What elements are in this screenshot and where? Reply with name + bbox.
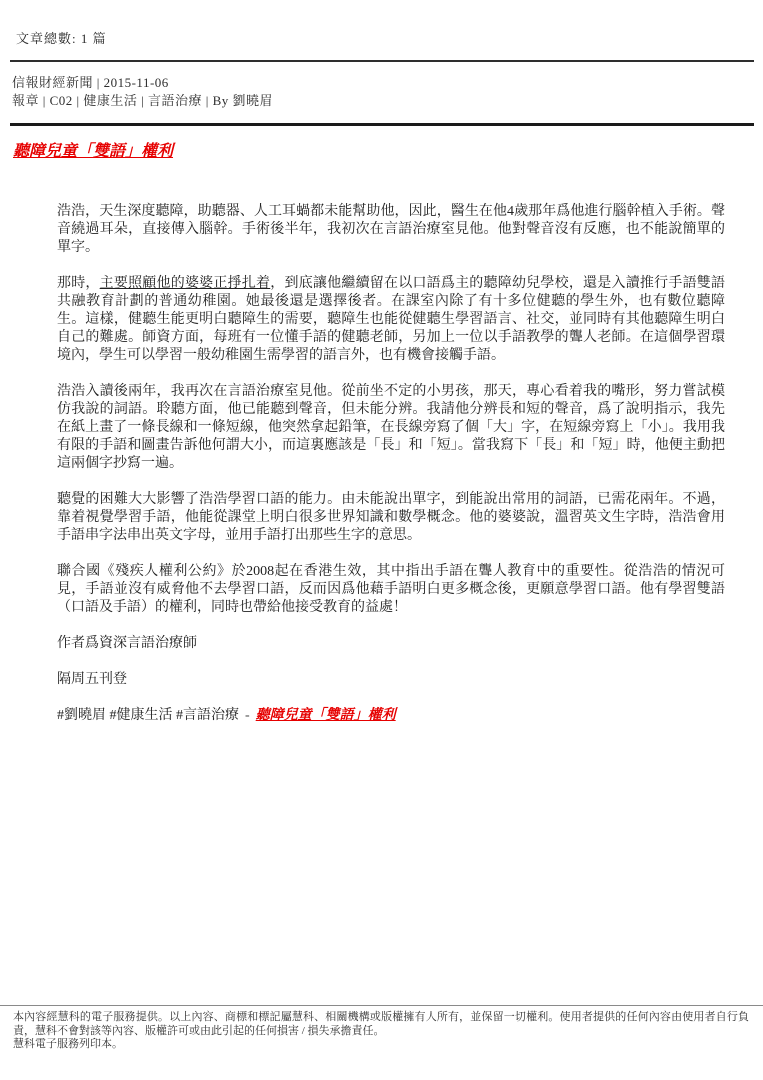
paragraph-4: 聽覺的困難大大影響了浩浩學習口語的能力。由未能說出單字，到能說出常用的詞語，已需… [57,491,725,545]
footer-disclaimer: 本內容經慧科的電子服務提供。以上內容、商標和標記屬慧科、相關機構或版權擁有人所有… [0,1005,763,1052]
top-divider [10,60,754,62]
article-body: 浩浩，天生深度聽障，助聽器、人工耳蝸都未能幫助他，因此，醫生在他4歲那年爲他進行… [57,203,725,725]
hashtags: #劉曉眉 #健康生活 #言語治療 [57,708,239,723]
header-divider [10,123,754,126]
paragraph-3: 浩浩入讀後兩年，我再次在言語治療室見他。從前坐不定的小男孩，那天，專心看着我的嘴… [57,383,725,473]
paragraph-5: 聯合國《殘疾人權利公約》於2008起在香港生效，其中指出手語在聾人教育中的重要性… [57,563,725,617]
article-tag-link[interactable]: 聽障兒童「雙語」權利 [256,708,396,723]
paragraph-1: 浩浩，天生深度聽障，助聽器、人工耳蝸都未能幫助他，因此，醫生在他4歲那年爲他進行… [57,203,725,257]
section-meta-line: 報章 | C02 | 健康生活 | 言語治療 | By 劉曉眉 [12,92,763,110]
footer-disclaimer-text: 本內容經慧科的電子服務提供。以上內容、商標和標記屬慧科、相關機構或版權擁有人所有… [13,1011,749,1038]
article-count: 文章總數: 1 篇 [0,0,763,47]
source-date-line: 信報財經新聞 | 2015-11-06 [12,74,763,92]
article-meta: 信報財經新聞 | 2015-11-06 報章 | C02 | 健康生活 | 言語… [12,74,763,110]
schedule-note: 隔周五刊登 [57,671,725,689]
article-title-link[interactable]: 聽障兒童「雙語」權利 [13,143,173,160]
footer-printout-note: 慧科電子服務列印本。 [13,1038,749,1052]
tags-line: #劉曉眉 #健康生活 #言語治療-聽障兒童「雙語」權利 [57,707,725,725]
paragraph-2-pre: 那時， [57,276,100,291]
author-note: 作者爲資深言語治療師 [57,635,725,653]
tags-separator: - [245,708,250,723]
article-title: 聽障兒童「雙語」權利 [13,138,763,161]
wisenews-print-page: 文章總數: 1 篇 信報財經新聞 | 2015-11-06 報章 | C02 |… [0,0,763,725]
underlined-phrase: 主要照顧他的婆婆正掙扎着 [100,276,271,291]
paragraph-2: 那時，主要照顧他的婆婆正掙扎着，到底讓他繼續留在以口語爲主的聽障幼兒學校，還是入… [57,275,725,365]
